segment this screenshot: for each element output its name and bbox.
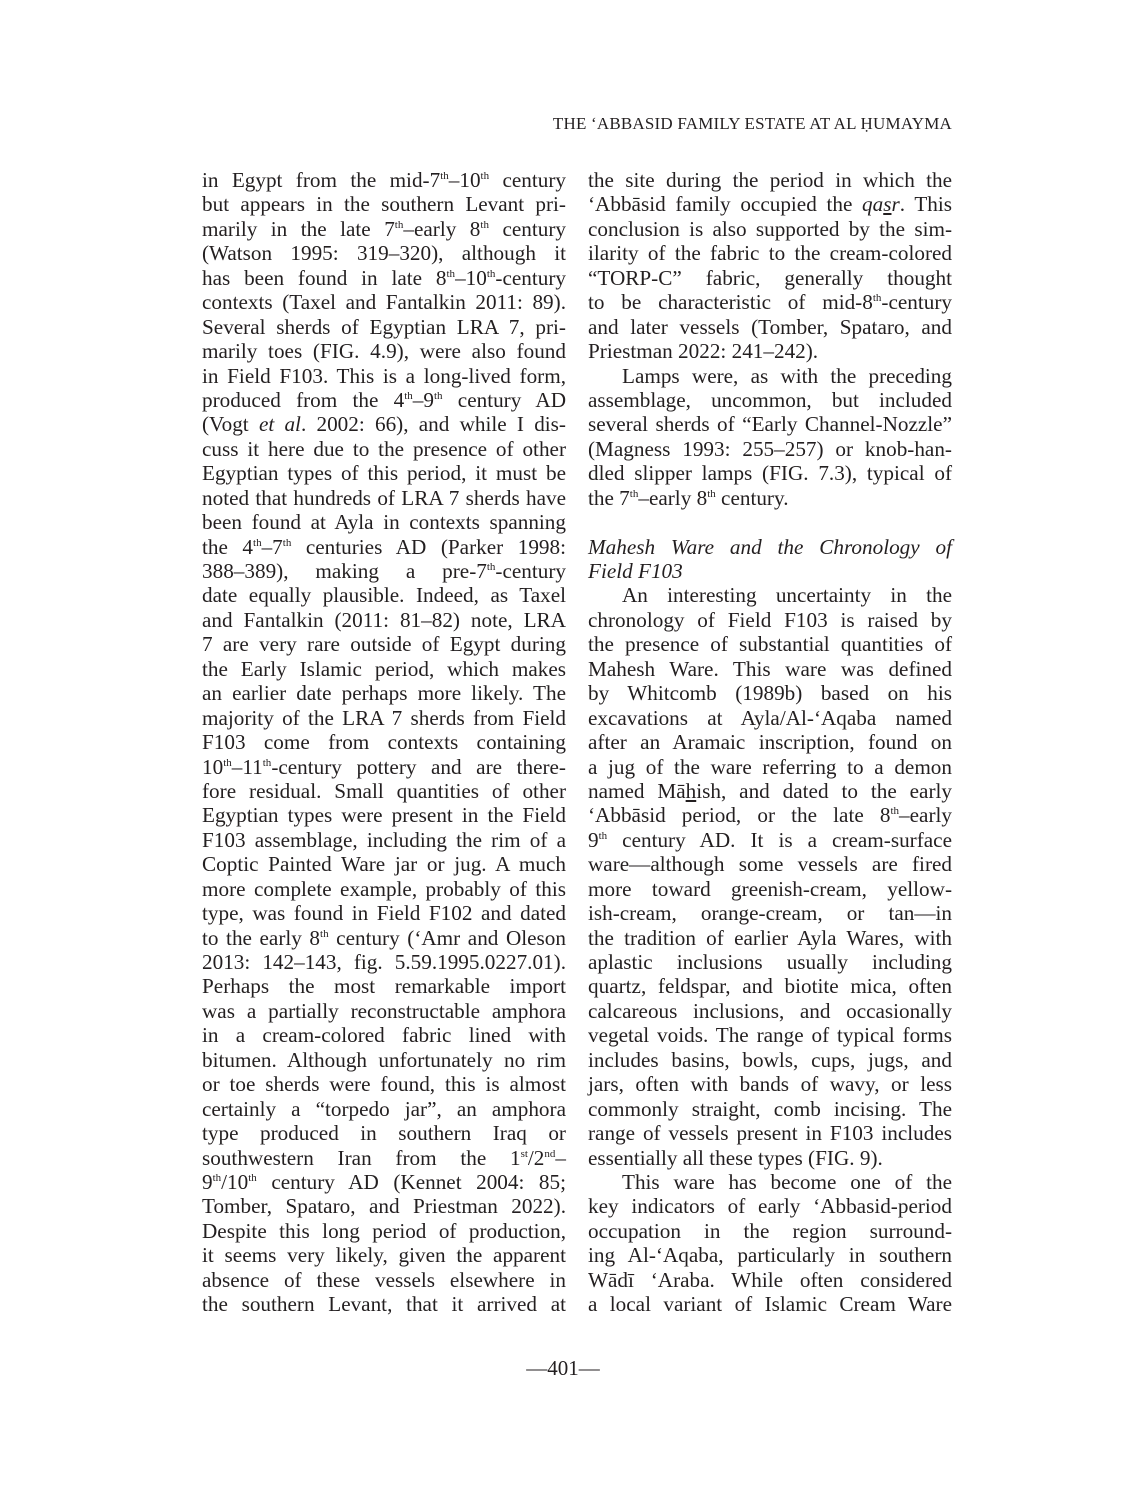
text-line: F103 come from contexts containing [202,730,566,754]
section-heading-line: Field F103 [588,559,952,583]
text-line: F103 assemblage, including the rim of a [202,828,566,852]
text-line: absence of these vessels elsewhere in [202,1268,566,1292]
text-line: named Māhish, and dated to the early [588,779,952,803]
text-line: and later vessels (Tomber, Spataro, and [588,315,952,339]
text-line: jars, often with bands of wavy, or less [588,1072,952,1096]
text-line: the 7th–early 8th century. [588,486,952,510]
text-line [588,510,952,534]
text-line: Priestman 2022: 241–242). [588,339,952,363]
text-line: an earlier date perhaps more likely. The [202,681,566,705]
text-line: This ware has become one of the [588,1170,952,1194]
text-line: 10th–11th-century pottery and are there- [202,755,566,779]
text-line: marily in the late 7th–early 8th century [202,217,566,241]
page-number: —401— [0,1356,1126,1381]
text-line: has been found in late 8th–10th-century [202,266,566,290]
text-line: to the early 8th century (‘Amr and Oleso… [202,926,566,950]
right-column-text: the site during the period in which the‘… [588,168,952,1317]
text-line: by Whitcomb (1989b) based on his [588,681,952,705]
section-heading-line: Mahesh Ware and the Chronology of [588,535,952,559]
text-line: more toward greenish-cream, yellow- [588,877,952,901]
text-line: aplastic inclusions usually including [588,950,952,974]
text-line: 388–389), making a pre-7th-century [202,559,566,583]
text-line: Tomber, Spataro, and Priestman 2022). [202,1194,566,1218]
text-line: the site during the period in which the [588,168,952,192]
text-line: and Fantalkin (2011: 81–82) note, LRA [202,608,566,632]
text-line: essentially all these types (FIG. 9). [588,1146,952,1170]
text-line: Despite this long period of production, [202,1219,566,1243]
text-line: key indicators of early ‘Abbasid-period [588,1194,952,1218]
text-line: vegetal voids. The range of typical form… [588,1023,952,1047]
text-line: a local variant of Islamic Cream Ware [588,1292,952,1316]
text-line: Several sherds of Egyptian LRA 7, pri- [202,315,566,339]
text-line: in a cream-colored fabric lined with [202,1023,566,1047]
text-line: type produced in southern Iraq or [202,1121,566,1145]
text-line: a jug of the ware referring to a demon [588,755,952,779]
text-line: more complete example, probably of this [202,877,566,901]
text-line: in Field F103. This is a long-lived form… [202,364,566,388]
text-line: assemblage, uncommon, but included [588,388,952,412]
text-line: ware—although some vessels are fired [588,852,952,876]
text-line: 9th/10th century AD (Kennet 2004: 85; [202,1170,566,1194]
text-line: quartz, feldspar, and biotite mica, ofte… [588,974,952,998]
text-line: (Watson 1995: 319–320), although it [202,241,566,265]
text-line: (Magness 1993: 255–257) or knob-han- [588,437,952,461]
text-line: bitumen. Although unfortunately no rim [202,1048,566,1072]
text-line: conclusion is also supported by the sim- [588,217,952,241]
text-line: Coptic Painted Ware jar or jug. A much [202,852,566,876]
text-line: Lamps were, as with the preceding [588,364,952,388]
text-line: southwestern Iran from the 1st/2nd– [202,1146,566,1170]
text-line: date equally plausible. Indeed, as Taxel [202,583,566,607]
text-line: or toe sherds were found, this is almost [202,1072,566,1096]
text-line: produced from the 4th–9th century AD [202,388,566,412]
text-line: occupation in the region surround- [588,1219,952,1243]
text-line: Wādī ‘Araba. While often considered [588,1268,952,1292]
text-line: was a partially reconstructable amphora [202,999,566,1023]
text-line: Egyptian types were present in the Field [202,803,566,827]
text-line: Perhaps the most remarkable import [202,974,566,998]
text-line: but appears in the southern Levant pri- [202,192,566,216]
text-line: in Egypt from the mid-7th–10th century [202,168,566,192]
text-line: range of vessels present in F103 include… [588,1121,952,1145]
text-line: chronology of Field F103 is raised by [588,608,952,632]
text-line: cuss it here due to the presence of othe… [202,437,566,461]
text-line: commonly straight, comb incising. The [588,1097,952,1121]
text-line: the tradition of earlier Ayla Wares, wit… [588,926,952,950]
text-line: ‘Abbāsid period, or the late 8th–early [588,803,952,827]
text-line: after an Aramaic inscription, found on [588,730,952,754]
text-line: majority of the LRA 7 sherds from Field [202,706,566,730]
text-line: the Early Islamic period, which makes [202,657,566,681]
left-column-text: in Egypt from the mid-7th–10th centurybu… [202,168,566,1317]
text-line: the 4th–7th centuries AD (Parker 1998: [202,535,566,559]
text-line: marily toes (FIG. 4.9), were also found [202,339,566,363]
text-line: it seems very likely, given the apparent [202,1243,566,1267]
text-line: ilarity of the fabric to the cream-color… [588,241,952,265]
text-line: calcareous inclusions, and occasionally [588,999,952,1023]
text-line: ish-cream, orange-cream, or tan—in [588,901,952,925]
text-line: Egyptian types of this period, it must b… [202,461,566,485]
text-line: contexts (Taxel and Fantalkin 2011: 89). [202,290,566,314]
text-line: An interesting uncertainty in the [588,583,952,607]
text-line: 2013: 142–143, fig. 5.59.1995.0227.01). [202,950,566,974]
text-line: the presence of substantial quantities o… [588,632,952,656]
text-line: (Vogt et al. 2002: 66), and while I dis- [202,412,566,436]
text-line: dled slipper lamps (FIG. 7.3), typical o… [588,461,952,485]
text-line: fore residual. Small quantities of other [202,779,566,803]
text-line: to be characteristic of mid-8th-century [588,290,952,314]
text-line: 7 are very rare outside of Egypt during [202,632,566,656]
text-line: includes basins, bowls, cups, jugs, and [588,1048,952,1072]
text-line: Mahesh Ware. This ware was defined [588,657,952,681]
text-line: 9th century AD. It is a cream-surface [588,828,952,852]
text-line: “TORP-C” fabric, generally thought [588,266,952,290]
text-line: ing Al-‘Aqaba, particularly in southern [588,1243,952,1267]
text-line: been found at Ayla in contexts spanning [202,510,566,534]
running-head: THE ‘ABBASID FAMILY ESTATE AT AL ḤUMAYMA [553,114,952,134]
text-line: certainly a “torpedo jar”, an amphora [202,1097,566,1121]
text-line: type, was found in Field F102 and dated [202,901,566,925]
text-line: several sherds of “Early Channel-Nozzle” [588,412,952,436]
text-line: the southern Levant, that it arrived at [202,1292,566,1316]
text-line: ‘Abbāsid family occupied the qasr. This [588,192,952,216]
text-line: noted that hundreds of LRA 7 sherds have [202,486,566,510]
text-line: excavations at Ayla/Al-‘Aqaba named [588,706,952,730]
